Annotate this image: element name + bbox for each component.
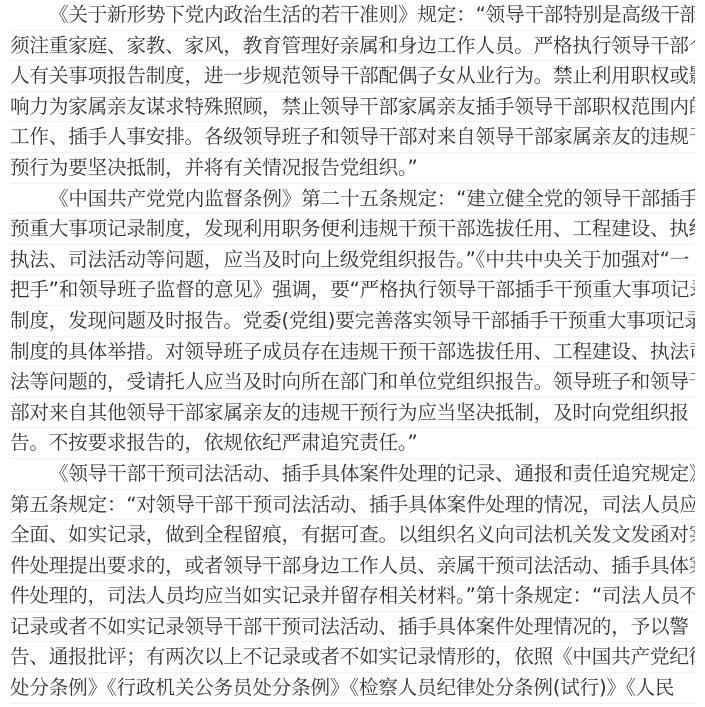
paragraph-line: 处分条例》《行政机关公务员处分条例》《检察人员纪律处分条例(试行)》《人民 — [10, 673, 695, 704]
paragraph-line: 件处理的，司法人员均应当如实记录并留存相关材料。”第十条规定：“司法人员不 — [10, 581, 695, 612]
paragraph-line: 执法、司法活动等问题，应当及时向上级党组织报告。”《中共中央关于加强对“一 — [10, 245, 695, 276]
paragraph-line: 响力为家属亲友谋求特殊照顾，禁止领导干部家属亲友插手领导干部职权范围内的 — [10, 92, 695, 123]
paragraph-line: 工作、插手人事安排。各级领导班子和领导干部对来自领导干部家属亲友的违规干 — [10, 122, 695, 153]
paragraph: 《领导干部干预司法活动、插手具体案件处理的记录、通报和责任追究规定》第五条规定：… — [10, 459, 695, 704]
document-body: 《关于新形势下党内政治生活的若干准则》规定：“领导干部特别是高级干部必须注重家庭… — [0, 0, 705, 704]
paragraph: 《关于新形势下党内政治生活的若干准则》规定：“领导干部特别是高级干部必须注重家庭… — [10, 0, 695, 184]
paragraph-line: 《中国共产党党内监督条例》第二十五条规定：“建立健全党的领导干部插手干 — [10, 184, 695, 215]
paragraph-line: 告、通报批评；有两次以上不记录或者不如实记录情形的，依照《中国共产党纪律 — [10, 642, 695, 673]
paragraph-line: 第五条规定：“对领导干部干预司法活动、插手具体案件处理的情况，司法人员应当 — [10, 490, 695, 521]
paragraph-line: 法等问题的，受请托人应当及时向所在部门和单位党组织报告。领导班子和领导干 — [10, 367, 695, 398]
paragraph-line: 制度，发现问题及时报告。党委(党组)要完善落实领导干部插手干预重大事项记录 — [10, 306, 695, 337]
paragraph-line: 预行为要坚决抵制，并将有关情况报告党组织。” — [10, 153, 695, 184]
paragraph: 《中国共产党党内监督条例》第二十五条规定：“建立健全党的领导干部插手干预重大事项… — [10, 184, 695, 459]
paragraph-line: 制度的具体举措。对领导班子成员存在违规干预干部选拔任用、工程建设、执法司 — [10, 337, 695, 368]
paragraph-line: 部对来自其他领导干部家属亲友的违规干预行为应当坚决抵制，及时向党组织报 — [10, 398, 695, 429]
paragraph-line: 告。不按要求报告的，依规依纪严肃追究责任。” — [10, 428, 695, 459]
paragraph-line: 须注重家庭、家教、家风，教育管理好亲属和身边工作人员。严格执行领导干部个 — [10, 31, 695, 62]
paragraph-line: 《关于新形势下党内政治生活的若干准则》规定：“领导干部特别是高级干部必 — [10, 0, 695, 31]
paragraph-line: 把手”和领导班子监督的意见》强调，要“严格执行领导干部插手干预重大事项记录 — [10, 275, 695, 306]
paragraph-line: 全面、如实记录，做到全程留痕，有据可查。以组织名义向司法机关发文发函对案 — [10, 520, 695, 551]
paragraph-line: 《领导干部干预司法活动、插手具体案件处理的记录、通报和责任追究规定》 — [10, 459, 695, 490]
paragraph-line: 预重大事项记录制度，发现利用职务便利违规干预干部选拔任用、工程建设、执纪 — [10, 214, 695, 245]
paragraph-line: 件处理提出要求的，或者领导干部身边工作人员、亲属干预司法活动、插手具体案 — [10, 551, 695, 582]
paragraph-line: 记录或者不如实记录领导干部干预司法活动、插手具体案件处理情况的，予以警 — [10, 612, 695, 643]
paragraph-line: 人有关事项报告制度，进一步规范领导干部配偶子女从业行为。禁止利用职权或影 — [10, 61, 695, 92]
